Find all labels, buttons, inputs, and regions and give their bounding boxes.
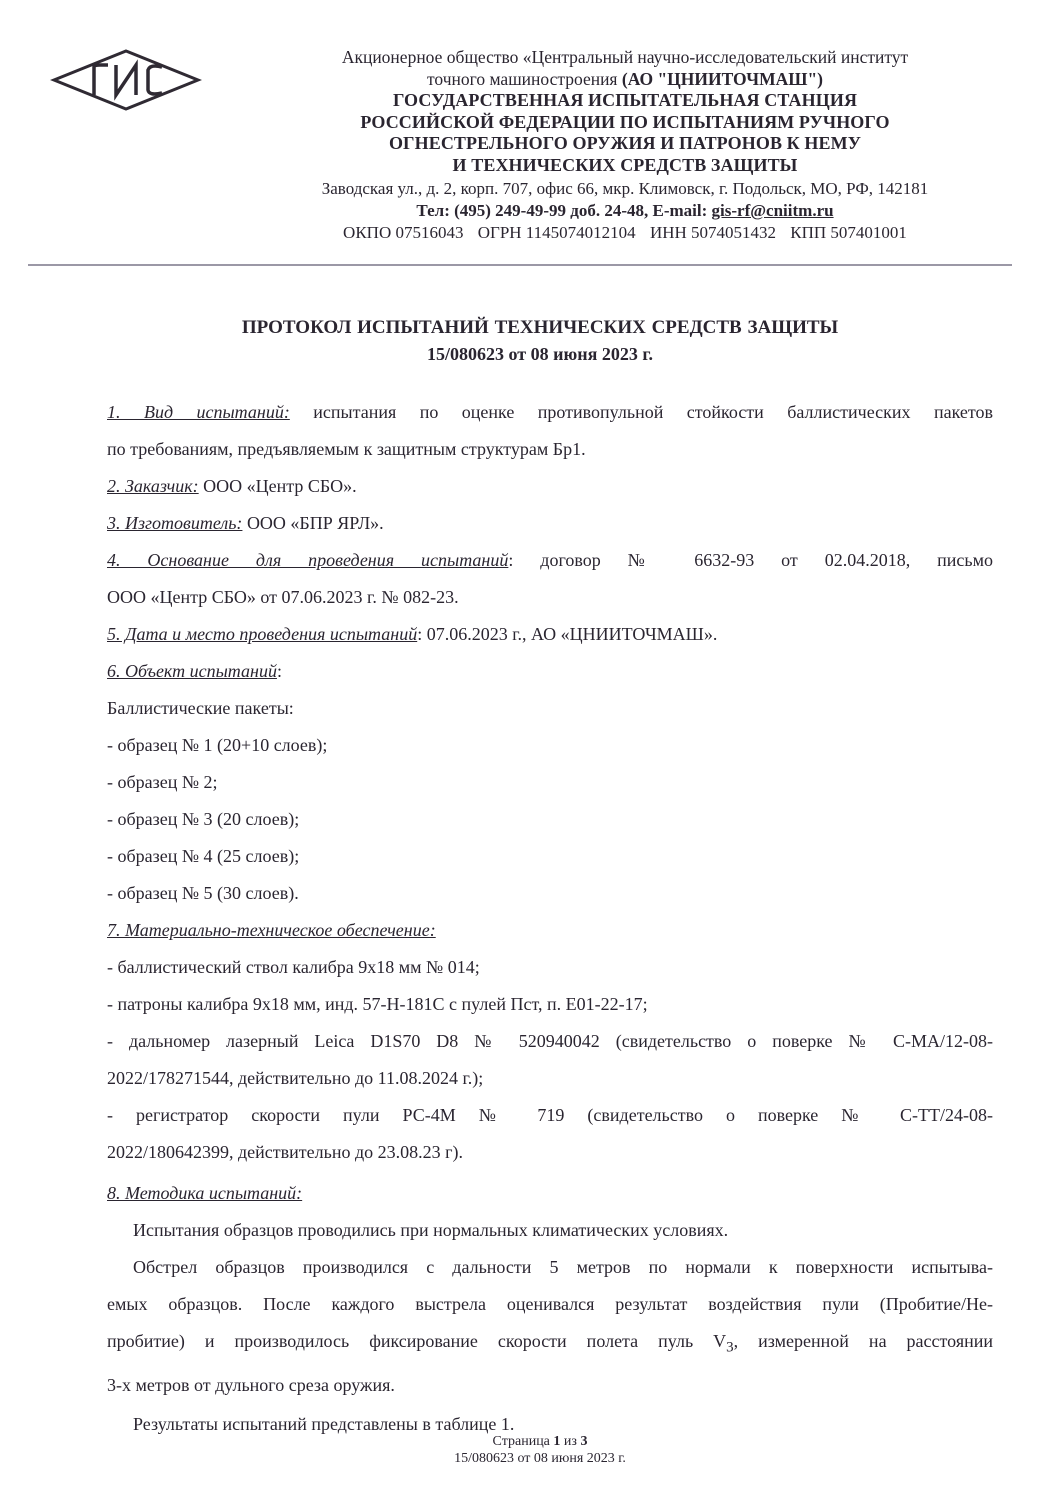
equipment-item: - дальномер лазерный Leica D1S70 D8 № 52… bbox=[107, 1023, 993, 1060]
section-customer: 2. Заказчик: ООО «Центр СБО». bbox=[107, 468, 993, 505]
section-manufacturer: 3. Изготовитель: ООО «БПР ЯРЛ». bbox=[107, 505, 993, 542]
test-object-intro: Баллистические пакеты: bbox=[107, 690, 993, 727]
sample-item: - образец № 2; bbox=[107, 764, 993, 801]
org-name-line1: Акционерное общество «Центральный научно… bbox=[240, 46, 1010, 68]
org-phone: Тел: (495) 249-49-99 доб. 24-48, E-mail: bbox=[416, 201, 707, 220]
station-line: И ТЕХНИЧЕСКИХ СРЕДСТВ ЗАЩИТЫ bbox=[240, 155, 1010, 177]
sample-item: - образец № 1 (20+10 слоев); bbox=[107, 727, 993, 764]
page-footer: Страница 1 из 3 15/080623 от 08 июня 202… bbox=[0, 1433, 1060, 1467]
equipment-item: - регистратор скорости пули РС-4М № 719 … bbox=[107, 1097, 993, 1134]
organization-header: Акционерное общество «Центральный научно… bbox=[240, 46, 1010, 244]
equipment-item: - патроны калибра 9х18 мм, инд. 57-Н-181… bbox=[107, 986, 993, 1023]
header-divider bbox=[28, 264, 1012, 266]
document-number-date: 15/080623 от 08 июня 2023 г. bbox=[0, 341, 1060, 367]
document-body: 1. Вид испытаний: испытания по оценке пр… bbox=[107, 394, 993, 1443]
section-test-object: 6. Объект испытаний: bbox=[107, 653, 993, 690]
methodology-paragraph: Испытания образцов проводились при норма… bbox=[107, 1212, 993, 1249]
station-line: ОГНЕСТРЕЛЬНОГО ОРУЖИЯ И ПАТРОНОВ К НЕМУ bbox=[240, 133, 1010, 155]
methodology-paragraph-cont: 3-х метров от дульного среза оружия. bbox=[107, 1367, 993, 1404]
okpo-code: ОКПО 07516043 bbox=[343, 223, 463, 242]
section-basis: 4. Основание для проведения испытаний: д… bbox=[107, 542, 993, 579]
section-heading: 4. Основание для проведения испытаний bbox=[107, 550, 508, 570]
sample-item: - образец № 4 (25 слоев); bbox=[107, 838, 993, 875]
equipment-item-cont: 2022/180642399, действительно до 23.08.2… bbox=[107, 1134, 993, 1171]
section-heading: 5. Дата и место проведения испытаний bbox=[107, 624, 417, 644]
org-email-link[interactable]: gis-rf@cniitm.ru bbox=[712, 201, 834, 220]
org-address: Заводская ул., д. 2, корп. 707, офис 66,… bbox=[240, 178, 1010, 200]
equipment-item-cont: 2022/178271544, действительно до 11.08.2… bbox=[107, 1060, 993, 1097]
section-heading: 1. Вид испытаний: bbox=[107, 402, 290, 422]
footer-doc-ref: 15/080623 от 08 июня 2023 г. bbox=[0, 1450, 1060, 1467]
section-methodology: 8. Методика испытаний: bbox=[107, 1175, 993, 1212]
inn-code: ИНН 5074051432 bbox=[650, 223, 776, 242]
methodology-paragraph-cont: пробитие) и производилось фиксирование с… bbox=[107, 1323, 993, 1367]
document-title: ПРОТОКОЛ ИСПЫТАНИЙ ТЕХНИЧЕСКИХ СРЕДСТВ З… bbox=[0, 315, 1060, 341]
section-test-type: 1. Вид испытаний: испытания по оценке пр… bbox=[107, 394, 993, 431]
kpp-code: КПП 507401001 bbox=[790, 223, 907, 242]
org-short-name: (АО "ЦНИИТОЧМАШ") bbox=[622, 69, 823, 89]
section-heading: 7. Материально-техническое обеспечение: bbox=[107, 920, 436, 940]
gis-logo bbox=[50, 48, 202, 112]
section-heading: 8. Методика испытаний: bbox=[107, 1183, 302, 1203]
org-name-line2: точного машиностроения (АО "ЦНИИТОЧМАШ") bbox=[240, 68, 1010, 90]
methodology-paragraph: Обстрел образцов производился с дальност… bbox=[107, 1249, 993, 1286]
station-line: РОССИЙСКОЙ ФЕДЕРАЦИИ ПО ИСПЫТАНИЯМ РУЧНО… bbox=[240, 112, 1010, 134]
org-registration-codes: ОКПО 07516043 ОГРН 1145074012104 ИНН 507… bbox=[240, 222, 1010, 244]
section-equipment: 7. Материально-техническое обеспечение: bbox=[107, 912, 993, 949]
station-line: ГОСУДАРСТВЕННАЯ ИСПЫТАТЕЛЬНАЯ СТАНЦИЯ bbox=[240, 90, 1010, 112]
section-heading: 6. Объект испытаний bbox=[107, 661, 277, 681]
section-heading: 2. Заказчик: bbox=[107, 476, 199, 496]
section-date-place: 5. Дата и место проведения испытаний: 07… bbox=[107, 616, 993, 653]
section-heading: 3. Изготовитель: bbox=[107, 513, 242, 533]
org-contacts: Тел: (495) 249-49-99 доб. 24-48, E-mail:… bbox=[240, 200, 1010, 222]
sample-item: - образец № 5 (30 слоев). bbox=[107, 875, 993, 912]
ogrn-code: ОГРН 1145074012104 bbox=[478, 223, 636, 242]
gis-diamond-logo-icon bbox=[50, 48, 202, 112]
sample-item: - образец № 3 (20 слоев); bbox=[107, 801, 993, 838]
section-text: по требованиям, предъявляемым к защитным… bbox=[107, 431, 993, 468]
document-title-block: ПРОТОКОЛ ИСПЫТАНИЙ ТЕХНИЧЕСКИХ СРЕДСТВ З… bbox=[0, 315, 1060, 367]
methodology-paragraph-cont: емых образцов. После каждого выстрела оц… bbox=[107, 1286, 993, 1323]
equipment-item: - баллистический ствол калибра 9х18 мм №… bbox=[107, 949, 993, 986]
section-text: ООО «Центр СБО» от 07.06.2023 г. № 082-2… bbox=[107, 579, 993, 616]
page-counter: Страница 1 из 3 bbox=[0, 1433, 1060, 1450]
